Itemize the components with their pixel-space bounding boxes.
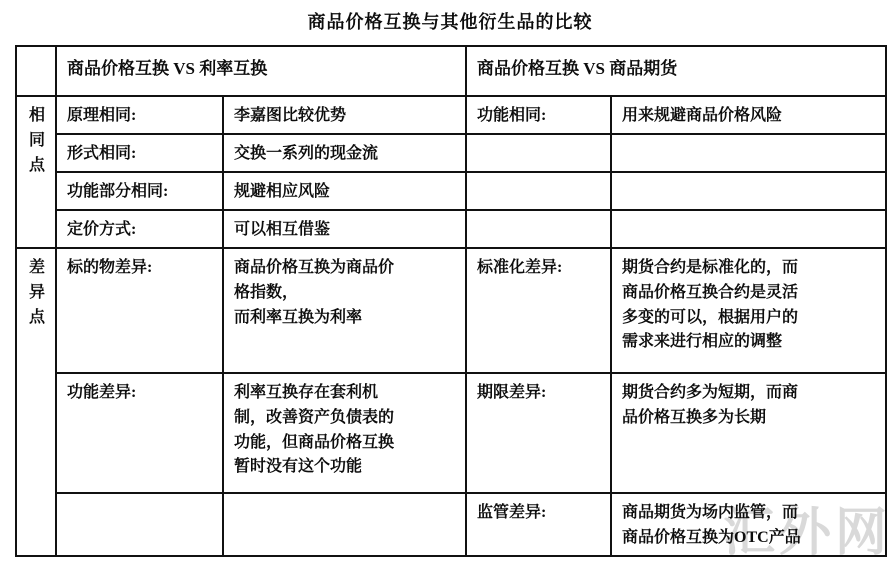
diff-row2-right-label: 期限差异: — [466, 373, 611, 493]
sim-row2-left-value: 交换一系列的现金流 — [223, 134, 466, 172]
diff-row3-left-label — [56, 493, 223, 556]
sim-row2-right-label — [466, 134, 611, 172]
diff-row1-left-label: 标的物差异: — [56, 248, 223, 373]
sim-row4-left-label: 定价方式: — [56, 210, 223, 248]
document-page: 商品价格互换与其他衍生品的比较 汇外网 商品价格互换 VS 利率互换 商品价格互… — [0, 0, 893, 561]
sim-row2-left-label: 形式相同: — [56, 134, 223, 172]
page-title: 商品价格互换与其他衍生品的比较 — [15, 8, 885, 34]
sim-row1-right-value: 用来规避商品价格风险 — [611, 96, 886, 134]
header-row: 商品价格互换 VS 利率互换 商品价格互换 VS 商品期货 — [16, 46, 886, 96]
sim-row1-left-label: 原理相同: — [56, 96, 223, 134]
diff-row2-left-value: 利率互换存在套利机 制，改善资产负债表的 功能，但商品价格互换 暂时没有这个功能 — [223, 373, 466, 493]
diff-row1-right-value: 期货合约是标准化的，而 商品价格互换合约是灵活 多变的可以，根据用户的 需求来进… — [611, 248, 886, 373]
table-row: 定价方式: 可以相互借鉴 — [16, 210, 886, 248]
diff-row3-right-value: 商品期货为场内监管，而 商品价格互换为OTC产品 — [611, 493, 886, 556]
section-label-similarities: 相同点 — [16, 96, 56, 248]
comparison-table: 商品价格互换 VS 利率互换 商品价格互换 VS 商品期货 相同点 原理相同: … — [15, 45, 887, 557]
table-row: 差异点 标的物差异: 商品价格互换为商品价 格指数， 而利率互换为利率 标准化差… — [16, 248, 886, 373]
table-row: 监管差异: 商品期货为场内监管，而 商品价格互换为OTC产品 — [16, 493, 886, 556]
table-row: 功能差异: 利率互换存在套利机 制，改善资产负债表的 功能，但商品价格互换 暂时… — [16, 373, 886, 493]
sim-row1-right-label: 功能相同: — [466, 96, 611, 134]
table-row: 相同点 原理相同: 李嘉图比较优势 功能相同: 用来规避商品价格风险 — [16, 96, 886, 134]
diff-row3-right-label: 监管差异: — [466, 493, 611, 556]
sim-row3-left-value: 规避相应风险 — [223, 172, 466, 210]
sim-row3-right-value — [611, 172, 886, 210]
sim-row1-left-value: 李嘉图比较优势 — [223, 96, 466, 134]
diff-row2-right-value: 期货合约多为短期，而商 品价格互换多为长期 — [611, 373, 886, 493]
diff-row2-left-label: 功能差异: — [56, 373, 223, 493]
sim-row4-right-value — [611, 210, 886, 248]
header-right: 商品价格互换 VS 商品期货 — [466, 46, 886, 96]
sim-row4-left-value: 可以相互借鉴 — [223, 210, 466, 248]
diff-row3-left-value — [223, 493, 466, 556]
table-row: 功能部分相同: 规避相应风险 — [16, 172, 886, 210]
table-row: 形式相同: 交换一系列的现金流 — [16, 134, 886, 172]
diff-row1-left-value: 商品价格互换为商品价 格指数， 而利率互换为利率 — [223, 248, 466, 373]
corner-cell — [16, 46, 56, 96]
header-left: 商品价格互换 VS 利率互换 — [56, 46, 466, 96]
sim-row3-left-label: 功能部分相同: — [56, 172, 223, 210]
sim-row3-right-label — [466, 172, 611, 210]
sim-row2-right-value — [611, 134, 886, 172]
diff-row1-right-label: 标准化差异: — [466, 248, 611, 373]
section-label-differences: 差异点 — [16, 248, 56, 556]
sim-row4-right-label — [466, 210, 611, 248]
